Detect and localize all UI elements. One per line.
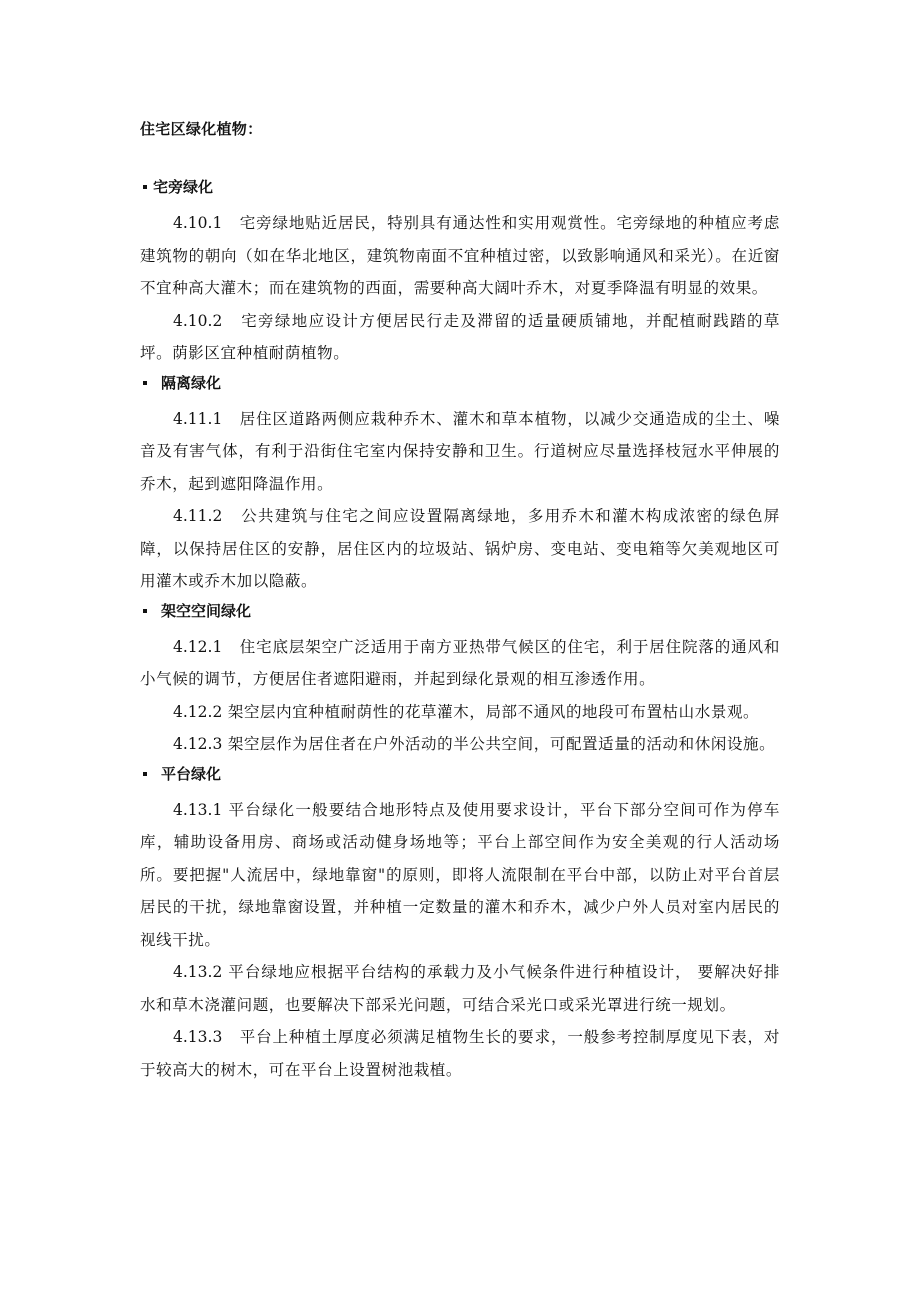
clause-number: 4.13.2 (173, 963, 222, 981)
clause-number: 4.13.1 (173, 801, 222, 819)
clause-number: 4.12.1 (173, 638, 222, 656)
clause-number: 4.13.3 (173, 1028, 222, 1046)
clause-text: 宅旁绿地应设计方便居民行走及滞留的适量硬质铺地，并配植耐践踏的草坪。荫影区宜种植… (140, 312, 780, 363)
clause-text: 宅旁绿地贴近居民，特别具有通达性和实用观赏性。宅旁绿地的种植应考虑建筑物的朝向（… (140, 214, 780, 297)
paragraph: 4.13.2 平台绿地应根据平台结构的承载力及小气候条件进行种植设计， 要解决好… (140, 956, 780, 1021)
bullet-icon (143, 381, 147, 385)
clause-text: 平台上种植土厚度必须满足植物生长的要求，一般参考控制厚度见下表，对于较高大的树木… (140, 1028, 780, 1079)
paragraph: 4.11.2 公共建筑与住宅之间应设置隔离绿地，多用乔木和灌木构成浓密的绿色屏障… (140, 500, 780, 598)
clause-text: 架空层内宜种植耐荫性的花草灌木，局部不通风的地段可布置枯山水景观。 (228, 703, 759, 721)
clause-number: 4.11.2 (173, 507, 222, 525)
section-heading: 平台绿化 (140, 761, 780, 794)
section-heading-text: 平台绿化 (161, 763, 221, 785)
paragraph: 4.12.1 住宅底层架空广泛适用于南方亚热带气候区的住宅，利于居住院落的通风和… (140, 631, 780, 696)
section-heading-text: 架空空间绿化 (161, 600, 251, 622)
clause-text: 居住区道路两侧应栽种乔木、灌木和草本植物，以减少交通造成的尘土、噪音及有害气体，… (140, 410, 780, 493)
paragraph: 4.13.3 平台上种植土厚度必须满足植物生长的要求，一般参考控制厚度见下表，对… (140, 1021, 780, 1086)
clause-number: 4.11.1 (173, 410, 222, 428)
bullet-icon (143, 185, 147, 189)
clause-number: 4.10.2 (173, 312, 222, 330)
paragraph: 4.10.1 宅旁绿地贴近居民，特别具有通达性和实用观赏性。宅旁绿地的种植应考虑… (140, 207, 780, 305)
clause-text: 平台绿地应根据平台结构的承载力及小气候条件进行种植设计， 要解决好排水和草木浇灌… (140, 963, 780, 1014)
clause-text: 架空层作为居住者在户外活动的半公共空间，可配置适量的活动和休闲设施。 (228, 735, 775, 753)
clause-text: 住宅底层架空广泛适用于南方亚热带气候区的住宅，利于居住院落的通风和小气候的调节，… (140, 638, 780, 689)
paragraph: 4.12.3 架空层作为居住者在户外活动的半公共空间，可配置适量的活动和休闲设施… (140, 728, 780, 761)
paragraph: 4.10.2 宅旁绿地应设计方便居民行走及滞留的适量硬质铺地，并配植耐践踏的草坪… (140, 305, 780, 370)
section-heading: 隔离绿化 (140, 370, 780, 403)
section-heading: 架空空间绿化 (140, 598, 780, 631)
clause-text: 平台绿化一般要结合地形特点及使用要求设计，平台下部分空间可作为停车库，辅助设备用… (140, 801, 780, 949)
clause-number: 4.12.2 (173, 703, 222, 721)
section-heading: 宅旁绿化 (140, 174, 780, 207)
paragraph: 4.13.1 平台绿化一般要结合地形特点及使用要求设计，平台下部分空间可作为停车… (140, 794, 780, 957)
document-page: 住宅区绿化植物： 宅旁绿化 4.10.1 宅旁绿地贴近居民，特别具有通达性和实用… (0, 0, 920, 1302)
clause-text: 公共建筑与住宅之间应设置隔离绿地，多用乔木和灌木构成浓密的绿色屏障，以保持居住区… (140, 507, 780, 590)
section-heading-text: 隔离绿化 (161, 372, 221, 394)
document-body: 住宅区绿化植物： 宅旁绿化 4.10.1 宅旁绿地贴近居民，特别具有通达性和实用… (140, 118, 780, 1086)
paragraph: 4.11.1 居住区道路两侧应栽种乔木、灌木和草本植物，以减少交通造成的尘土、噪… (140, 403, 780, 501)
bullet-icon (143, 609, 147, 613)
bullet-icon (143, 772, 147, 776)
clause-number: 4.12.3 (173, 735, 222, 753)
section-heading-text: 宅旁绿化 (153, 176, 213, 198)
paragraph: 4.12.2 架空层内宜种植耐荫性的花草灌木，局部不通风的地段可布置枯山水景观。 (140, 696, 780, 729)
document-title: 住宅区绿化植物： (140, 118, 780, 140)
clause-number: 4.10.1 (173, 214, 222, 232)
